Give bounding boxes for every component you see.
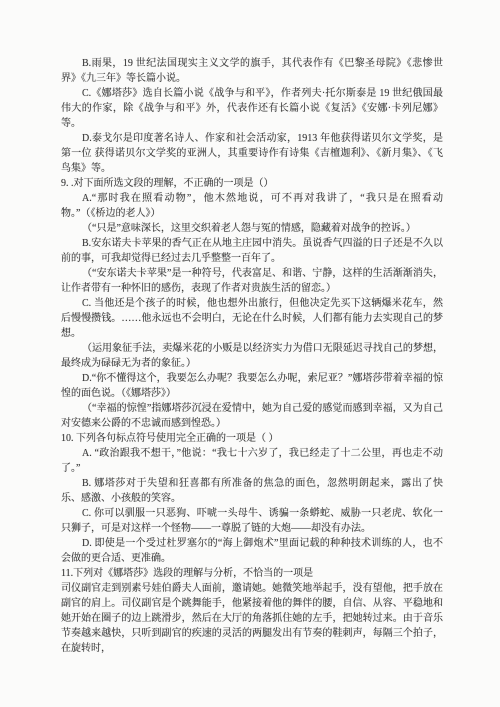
question-11-stem: 11.下列对《娜塔莎》选段的理解与分析，不恰当的一项是: [61, 566, 443, 581]
q11-passage: 司仪副官走到别素号娃伯爵夫人面前，邀请她。她微笑地举起手，没有望他，把手放在副官…: [61, 581, 443, 656]
text-column: B.雨果，19 世纪法国现实主义文学的旗手，其代表作有《巴黎圣母院》《悲惨世界》…: [61, 56, 443, 656]
q9-note-b: （“安东诺夫卡苹果”是一种符号，代表富足、和谐、宁静，这样的生活渐渐消失，让作者…: [61, 266, 443, 296]
document-page: B.雨果，19 世纪法国现实主义文学的旗手，其代表作有《巴黎圣母院》《悲惨世界》…: [0, 0, 500, 707]
q10-option-b: B. 娜塔莎对于失望和狂喜都有所准备的焦急的面色，忽然明朗起来，露出了快乐、感激…: [61, 476, 443, 506]
q9-note-a: （“只是”意味深长，这里交织着老人怨与冤的情感，隐藏着对战争的控诉。）: [61, 221, 443, 236]
q10-option-d: D. 即使是一个受过杜罗塞尔的“海上御炮术”里面记载的种种技术训练的人，也不会做…: [61, 536, 443, 566]
question-10-stem: 10. 下列各句标点符号使用完全正确的一项是（ ）: [61, 431, 443, 446]
question-9-stem: 9. .对下面所选文段的理解，不正确的一项是（）: [61, 176, 443, 191]
q9-note-d: （“幸福的惊惶”指娜塔莎沉浸在爱情中，她为自己爱的感觉而感到幸福，又为自己对安德…: [61, 401, 443, 431]
q10-option-c: C. 你可以驯服一只恶狗、吓唬一头母牛、诱骗一条蟒蛇、威胁一只老虎、软化一只狮子…: [61, 506, 443, 536]
q9-option-d: D.“你不懂得这个，我要怎么办呢？我要怎么办呢，索尼亚？”娜塔莎带着幸福的惊惶的…: [61, 371, 443, 401]
q10-option-a: A. “政治跟我不想干，”他说：“我七十六岁了，我已经走了十二公里，再也走不动了…: [61, 446, 443, 476]
q9-option-c: C. 当他还是个孩子的时候，他也想外出旅行，但他决定先买下这辆爆米花车，然后慢慢…: [61, 296, 443, 341]
lit-option-d-tagore: D.泰戈尔是印度著名诗人、作家和社会活动家，1913 年他获得诺贝尔文学奖，是第…: [61, 131, 443, 176]
q9-option-b: B.安东诺夫卡苹果的香气正在从地主庄园中消失。虽说香气四溢的日子还是不久以前的事…: [61, 236, 443, 266]
lit-option-b-hugo: B.雨果，19 世纪法国现实主义文学的旗手，其代表作有《巴黎圣母院》《悲惨世界》…: [61, 56, 443, 86]
q9-option-a: A.“那时我在照看动物”，他木然地说，可不再对我讲了，“我只是在照看动物。”（《…: [61, 191, 443, 221]
lit-option-c-natasha: C.《娜塔莎》选自长篇小说《战争与和平》，作者列夫·托尔斯泰是 19 世纪俄国最…: [61, 86, 443, 131]
q9-note-c: （运用象征手法，卖爆米花的小贩是以经济实力为借口无限延迟寻找自己的梦想，最终成为…: [61, 341, 443, 371]
